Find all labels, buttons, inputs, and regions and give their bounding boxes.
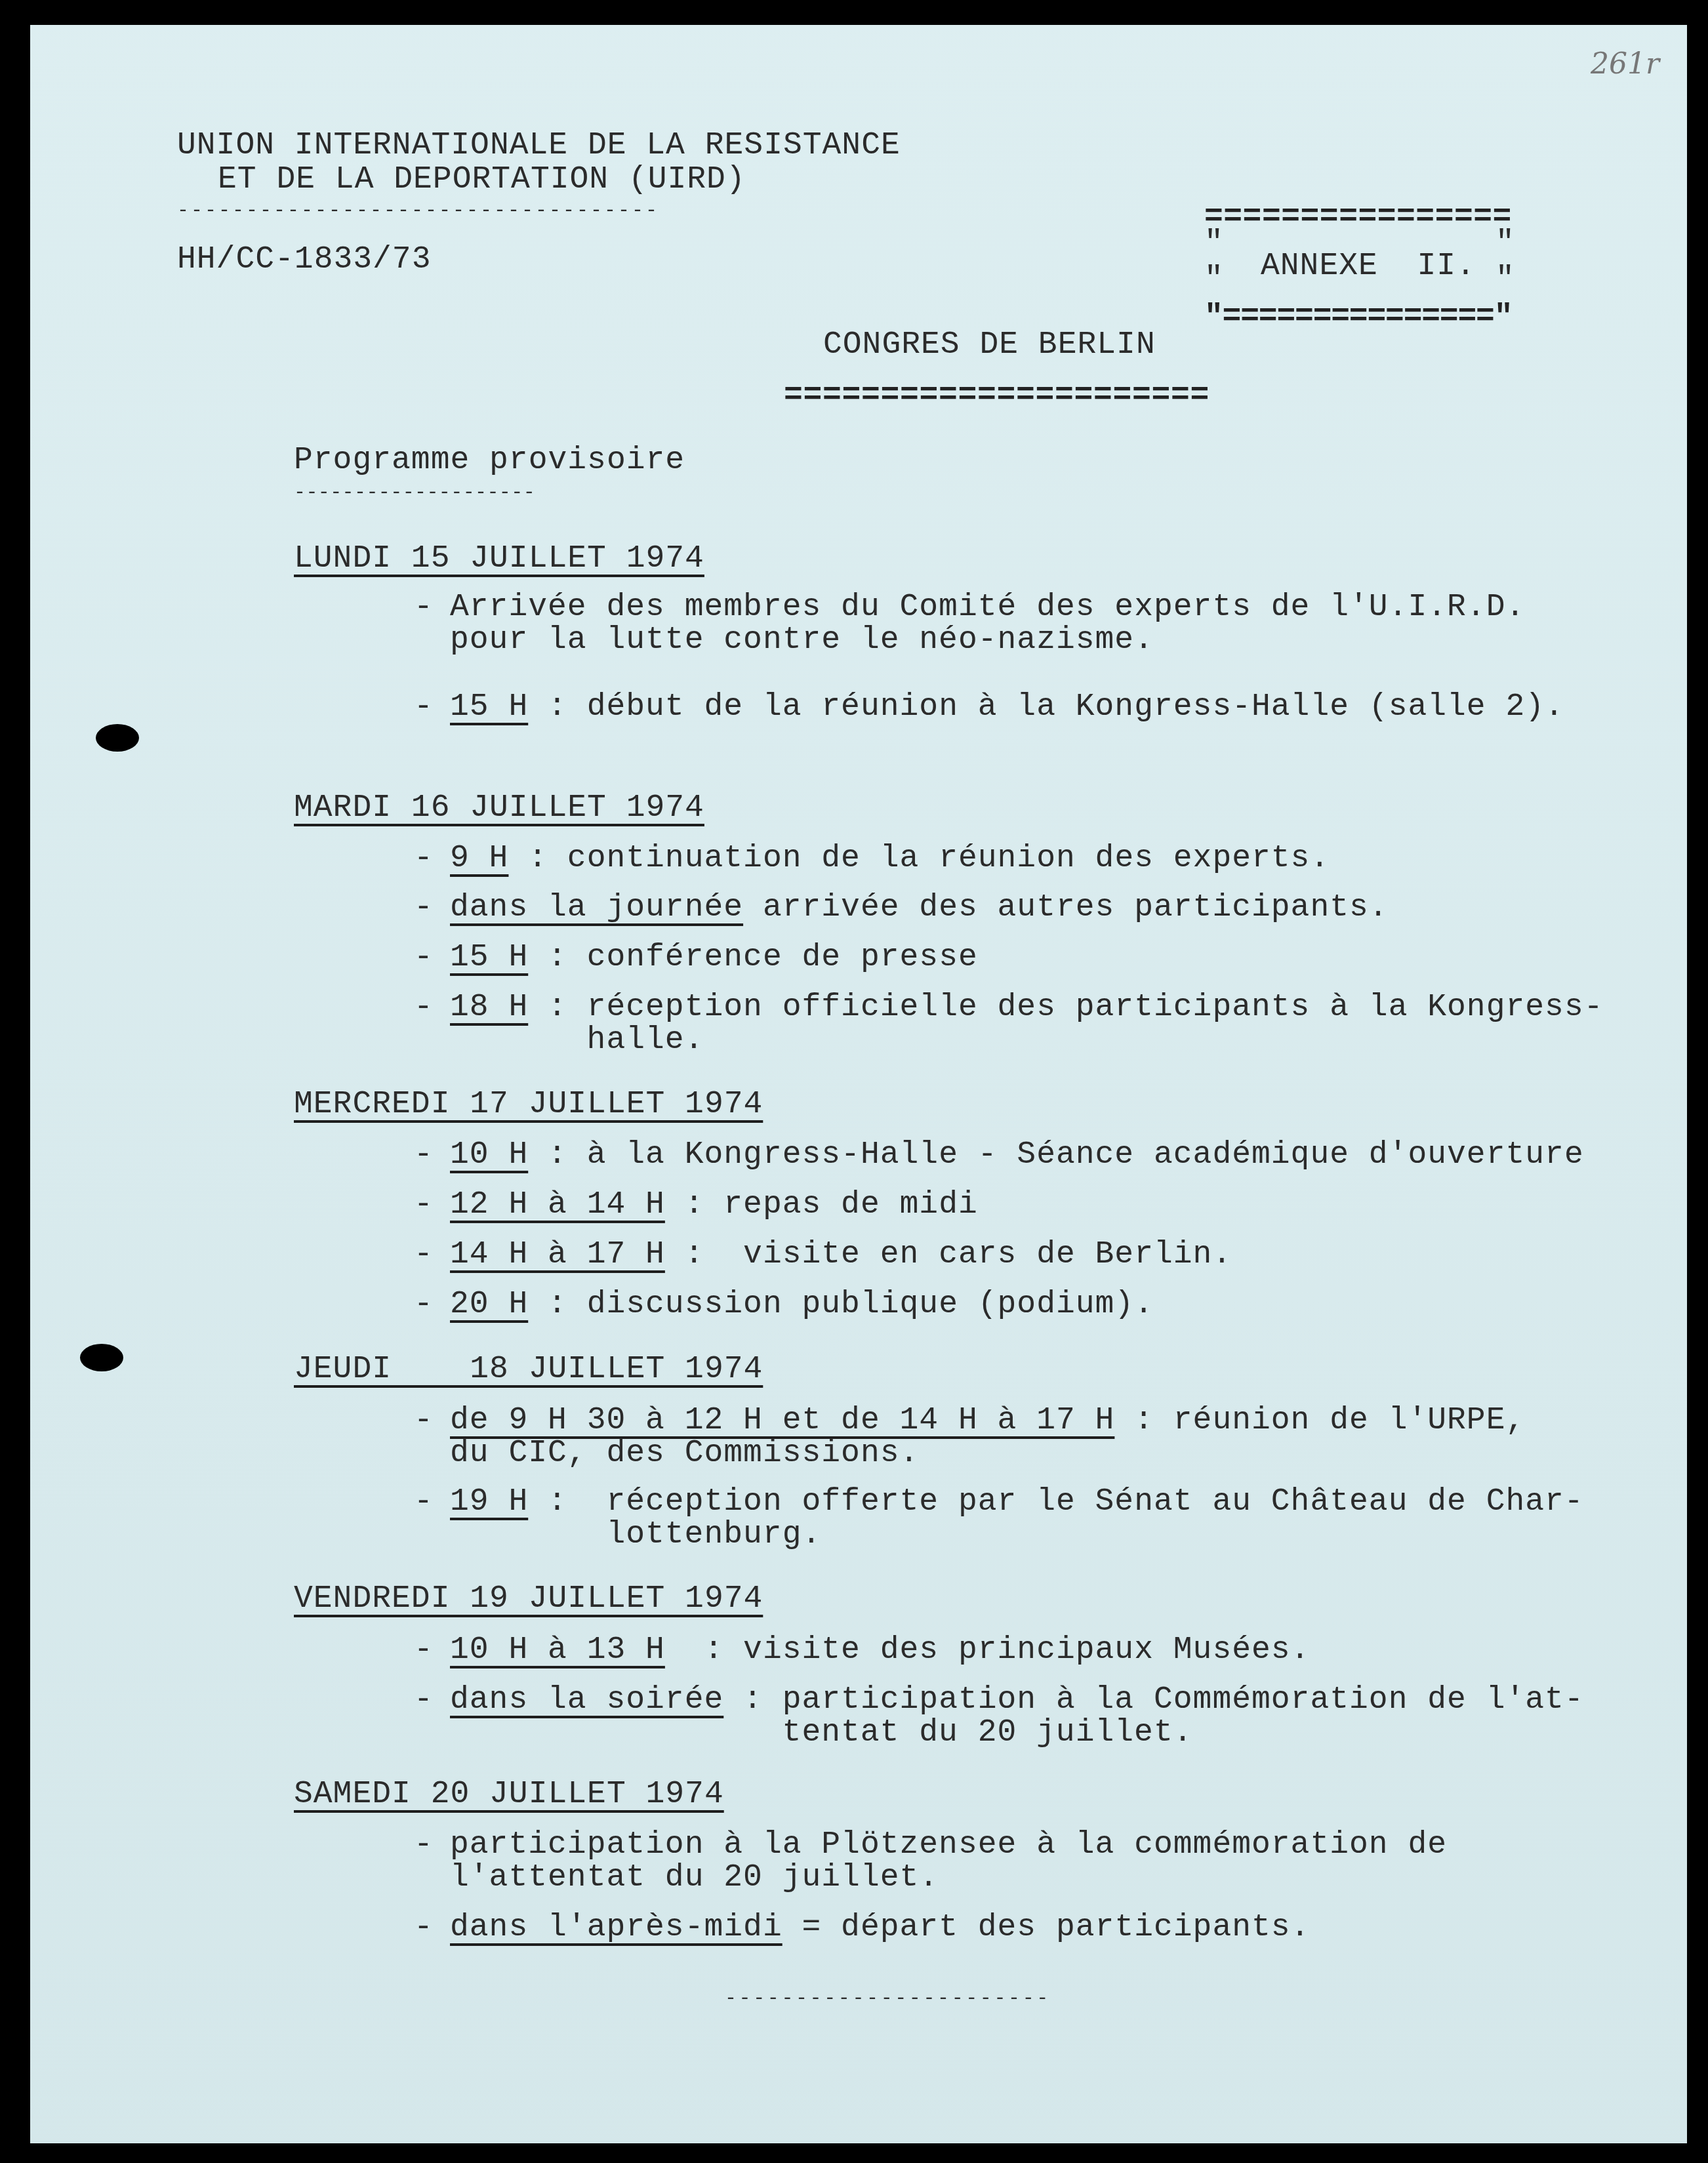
item-time: 12 H à 14 H xyxy=(450,1187,665,1223)
schedule-item: 14 H à 17 H : visite en cars de Berlin. xyxy=(450,1238,1232,1272)
schedule-item: 9 H : continuation de la réunion des exp… xyxy=(450,841,1330,876)
item-separator: : xyxy=(665,1632,743,1668)
item-time: 18 H xyxy=(450,990,528,1025)
item-separator: : xyxy=(528,1287,586,1322)
bullet-dash: - xyxy=(414,1485,434,1519)
item-description-continued: tentat du 20 juillet. xyxy=(783,1716,1193,1750)
schedule-item: 20 H : discussion publique (podium). xyxy=(450,1287,1154,1322)
item-separator: : xyxy=(528,689,586,725)
item-description: visite des principaux Musées. xyxy=(743,1632,1310,1668)
congress-title-rule: ====================== xyxy=(784,379,1210,413)
item-time: 19 H xyxy=(450,1484,528,1520)
item-time: 10 H à 13 H xyxy=(450,1632,665,1668)
schedule-item: dans la journée arrivée des autres parti… xyxy=(450,891,1389,925)
bullet-dash: - xyxy=(414,1910,434,1945)
bullet-dash: - xyxy=(414,891,434,925)
schedule-item: 12 H à 14 H : repas de midi xyxy=(450,1188,978,1222)
item-separator: : xyxy=(528,1137,586,1173)
programme-heading-rule: -------------------- xyxy=(294,476,535,510)
item-time: 20 H xyxy=(450,1287,528,1322)
annex-box-quote-left-2: " xyxy=(1204,262,1224,296)
item-time: 14 H à 17 H xyxy=(450,1237,665,1272)
item-description: participation à la Commémoration de l'at… xyxy=(783,1682,1584,1718)
item-description-continued: halle. xyxy=(587,1023,704,1057)
bullet-dash: - xyxy=(414,990,434,1024)
item-description-continued: l'attentat du 20 juillet. xyxy=(450,1861,939,1895)
item-description: réception offerte par le Sénat au Châtea… xyxy=(606,1484,1583,1520)
punch-hole-upper xyxy=(96,724,139,752)
item-description: à la Kongress-Halle - Séance académique … xyxy=(587,1137,1584,1173)
congress-title: CONGRES DE BERLIN xyxy=(823,328,1156,362)
schedule-item: 10 H : à la Kongress-Halle - Séance acad… xyxy=(450,1138,1584,1172)
schedule-item: dans l'après-midi = départ des participa… xyxy=(450,1910,1310,1945)
bullet-dash: - xyxy=(414,1287,434,1322)
item-description: discussion publique (podium). xyxy=(587,1287,1154,1322)
item-description: début de la réunion à la Kongress-Halle … xyxy=(587,689,1564,725)
item-description: participation à la Plötzensee à la commé… xyxy=(450,1827,1447,1863)
annex-box-top: ================ xyxy=(1204,201,1512,235)
item-time: de 9 H 30 à 12 H et de 14 H à 17 H xyxy=(450,1403,1114,1438)
organization-name-line1: UNION INTERNATIONALE DE LA RESISTANCE xyxy=(177,129,901,163)
item-description-continued: du CIC, des Commissions. xyxy=(450,1436,919,1470)
item-separator: : xyxy=(665,1187,723,1223)
closing-rule: ----------------------- xyxy=(725,1982,1051,2016)
bullet-dash: - xyxy=(414,940,434,975)
item-time: dans la journée xyxy=(450,890,743,925)
item-description: réunion de l'URPE, xyxy=(1173,1403,1525,1438)
item-separator: = xyxy=(783,1910,841,1945)
day-heading: JEUDI 18 JUILLET 1974 xyxy=(294,1352,763,1386)
item-separator: : xyxy=(528,990,586,1025)
item-time: 9 H xyxy=(450,841,508,876)
item-separator: : xyxy=(1114,1403,1173,1438)
item-description: réception officielle des participants à … xyxy=(587,990,1604,1025)
day-heading: LUNDI 15 JUILLET 1974 xyxy=(294,542,704,576)
bullet-dash: - xyxy=(414,1404,434,1438)
item-time: 15 H xyxy=(450,689,528,725)
day-heading: MARDI 16 JUILLET 1974 xyxy=(294,791,704,825)
item-description: Arrivée des membres du Comité des expert… xyxy=(450,590,1525,625)
item-separator: : xyxy=(508,841,567,876)
schedule-item: participation à la Plötzensee à la commé… xyxy=(450,1828,1447,1862)
item-description-continued: pour la lutte contre le néo-nazisme. xyxy=(450,623,1154,657)
item-time: 15 H xyxy=(450,940,528,975)
folio-number: 261r xyxy=(1591,47,1659,81)
item-description: continuation de la réunion des experts. xyxy=(567,841,1330,876)
bullet-dash: - xyxy=(414,1138,434,1172)
bullet-dash: - xyxy=(414,1683,434,1717)
day-heading: SAMEDI 20 JUILLET 1974 xyxy=(294,1777,724,1811)
item-description: visite en cars de Berlin. xyxy=(743,1237,1232,1272)
bullet-dash: - xyxy=(414,1633,434,1667)
item-time: dans l'après-midi xyxy=(450,1910,783,1945)
schedule-item: 18 H : réception officielle des particip… xyxy=(450,990,1603,1024)
schedule-item: de 9 H 30 à 12 H et de 14 H à 17 H : réu… xyxy=(450,1404,1525,1438)
annex-box-quote-left-1: " xyxy=(1204,226,1224,260)
header-rule: ----------------------------------- xyxy=(177,194,659,228)
annex-box-quote-right-2: " xyxy=(1495,262,1515,296)
bullet-dash: - xyxy=(414,590,434,624)
punch-hole-lower xyxy=(80,1344,123,1371)
item-description: repas de midi xyxy=(723,1187,977,1223)
annex-label: ANNEXE II. xyxy=(1261,249,1476,283)
document-reference: HH/CC-1833/73 xyxy=(177,243,431,277)
annex-box-bottom: "===============" xyxy=(1204,300,1512,334)
day-heading: VENDREDI 19 JUILLET 1974 xyxy=(294,1582,763,1616)
item-time: dans la soirée xyxy=(450,1682,723,1718)
item-separator xyxy=(743,890,763,925)
item-description: conférence de presse xyxy=(587,940,978,975)
item-description-continued: lottenburg. xyxy=(606,1518,821,1552)
item-separator: : xyxy=(528,1484,606,1520)
bullet-dash: - xyxy=(414,1238,434,1272)
schedule-item: 15 H : début de la réunion à la Kongress… xyxy=(450,690,1564,724)
programme-heading: Programme provisoire xyxy=(294,443,685,477)
schedule-item: 19 H : réception offerte par le Sénat au… xyxy=(450,1485,1584,1519)
schedule-item: 10 H à 13 H : visite des principaux Musé… xyxy=(450,1633,1310,1667)
day-heading: MERCREDI 17 JUILLET 1974 xyxy=(294,1087,763,1122)
schedule-item: dans la soirée : participation à la Comm… xyxy=(450,1683,1584,1717)
item-separator: : xyxy=(723,1682,782,1718)
schedule-item: 15 H : conférence de presse xyxy=(450,940,978,975)
annex-box-quote-right-1: " xyxy=(1495,226,1515,260)
item-separator: : xyxy=(528,940,586,975)
bullet-dash: - xyxy=(414,690,434,724)
bullet-dash: - xyxy=(414,841,434,876)
item-time: 10 H xyxy=(450,1137,528,1173)
bullet-dash: - xyxy=(414,1188,434,1222)
bullet-dash: - xyxy=(414,1828,434,1862)
organization-name-line2: ET DE LA DEPORTATION (UIRD) xyxy=(218,163,746,197)
item-separator: : xyxy=(665,1237,743,1272)
item-description: départ des participants. xyxy=(841,1910,1310,1945)
item-description: arrivée des autres participants. xyxy=(763,890,1389,925)
schedule-item: Arrivée des membres du Comité des expert… xyxy=(450,590,1525,624)
